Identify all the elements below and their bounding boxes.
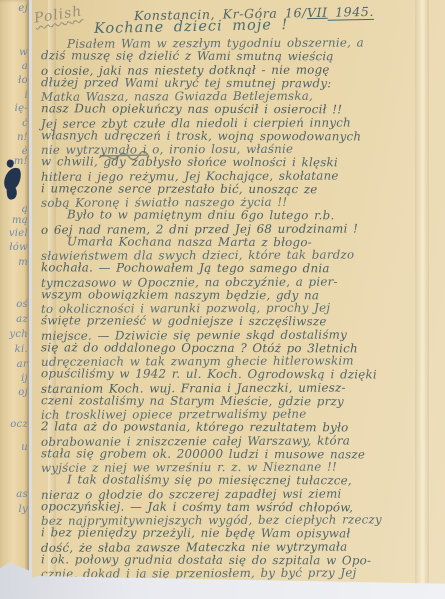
- date-month-underlined: VII: [307, 5, 328, 20]
- margin-text-fragment: ą: [22, 205, 28, 215]
- margin-text-fragment: mą: [12, 216, 28, 226]
- letter-scan: ejwałoiię-ćn!ém!ąmąvielłówmośazychki.ari…: [0, 0, 445, 599]
- margin-text-fragment: u: [21, 443, 28, 453]
- margin-text-fragment: ly: [19, 505, 28, 515]
- margin-text-fragment: ocz: [10, 420, 28, 430]
- margin-text-fragment: ię-: [15, 104, 28, 114]
- margin-text-fragment: ar: [17, 360, 28, 370]
- margin-text-fragment: ło: [18, 76, 28, 86]
- margin-text-fragment: viel: [9, 229, 28, 239]
- letter-page: Polish Konstancin, Kr-Góra 16/VII 1945. …: [32, 0, 445, 586]
- margin-text-fragment: w: [19, 48, 28, 58]
- margin-text-fragment: m: [18, 258, 28, 268]
- ink-blot: [2, 165, 24, 192]
- margin-text-fragment: oś: [16, 300, 28, 310]
- margin-text-fragment: oj: [18, 388, 28, 398]
- margin-text-fragment: ć: [22, 119, 28, 129]
- margin-text-fragment: ki.: [15, 345, 28, 355]
- margin-text-fragment: ij: [21, 374, 28, 384]
- margin-text-fragment: m!: [14, 157, 28, 167]
- margin-text-fragment: az: [16, 315, 28, 325]
- margin-text-fragment: a: [22, 62, 28, 72]
- margin-text-fragment: ej: [18, 4, 28, 14]
- margin-text-fragment: łów: [9, 243, 28, 253]
- letter-line: cznie, dokąd i ja się przeniosłem, by by…: [41, 566, 441, 581]
- letter-body: Pisałem Wam w zeszłym tygodniu obszernie…: [41, 37, 441, 580]
- adjacent-page-edge: ejwałoiię-ćn!ém!ąmąvielłówmośazychki.ari…: [0, 0, 29, 574]
- salutation: Kochane dzieci moje !: [94, 17, 289, 37]
- margin-text-fragment: n!: [17, 133, 28, 143]
- date-year: 1945.: [327, 4, 374, 20]
- margin-text-fragment: as: [16, 490, 28, 500]
- margin-text-fragment: i: [25, 91, 29, 101]
- pencil-annotation: Polish: [33, 3, 83, 26]
- margin-text-fragment: ych: [9, 330, 28, 340]
